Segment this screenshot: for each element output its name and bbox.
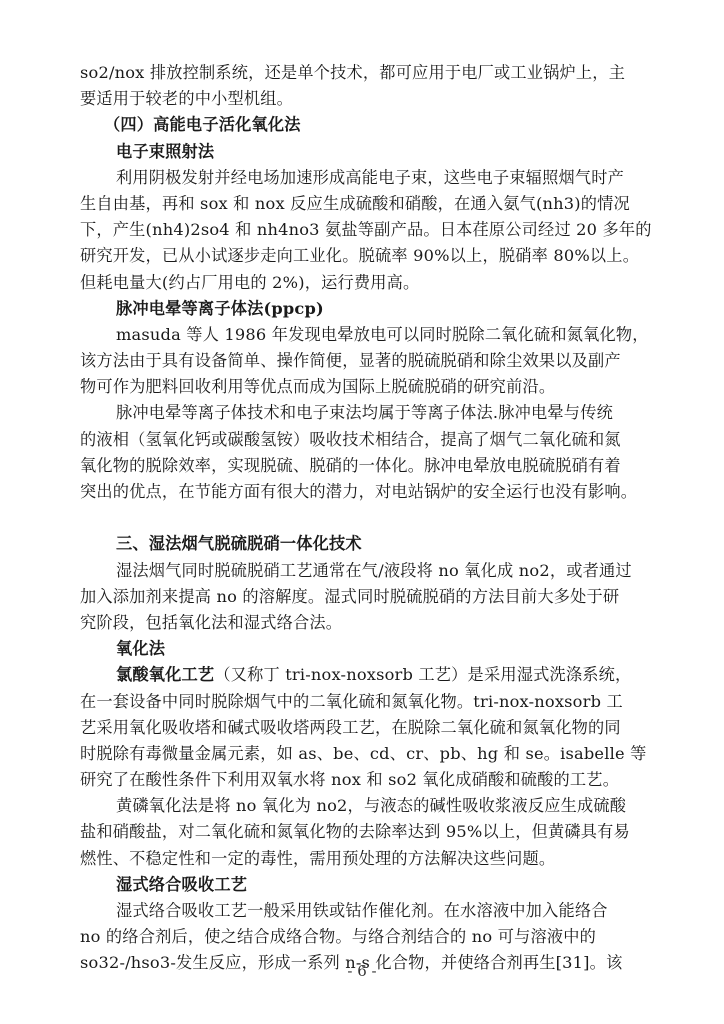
- paragraph-line: 研究了在酸性条件下利用双氧水将 nox 和 so2 氧化成硝酸和硫酸的工艺。: [80, 767, 680, 793]
- paragraph-line: no 的络合剂后，使之结合成络合物。与络合剂结合的 no 可与溶液中的: [80, 924, 680, 950]
- paragraph-line: 在一套设备中同时脱除烟气中的二氧化硫和氮氧化物。tri-nox-noxsorb …: [80, 689, 680, 715]
- paragraph-line: 研究开发，已从小试逐步走向工业化。脱硫率 90%以上，脱硝率 80%以上。: [80, 243, 680, 269]
- paragraph-line: 湿式络合吸收工艺一般采用铁或钴作催化剂。在水溶液中加入能络合: [80, 898, 680, 924]
- paragraph-line: 该方法由于具有设备简单、操作简便，显著的脱硫脱硝和除尘效果以及副产: [80, 348, 680, 374]
- paragraph-line: 黄磷氧化法是将 no 氧化为 no2，与液态的碱性吸收浆液反应生成硫酸: [80, 793, 680, 819]
- paragraph-line: so2/nox 排放控制系统，还是单个技术，都可应用于电厂或工业锅炉上，主: [80, 60, 680, 86]
- paragraph-line: 利用阴极发射并经电场加速形成高能电子束，这些电子束辐照烟气时产: [80, 165, 680, 191]
- paragraph-line: 时脱除有毒微量金属元素，如 as、be、cd、cr、pb、hg 和 se。isa…: [80, 741, 680, 767]
- page-number: - 6 -: [0, 962, 724, 980]
- paragraph-line: 生自由基，再和 sox 和 nox 反应生成硫酸和硝酸，在通入氨气(nh3)的情…: [80, 191, 680, 217]
- paragraph-line: 湿法烟气同时脱硫脱硝工艺通常在气/液段将 no 氧化成 no2，或者通过: [80, 558, 680, 584]
- paragraph-line: 究阶段，包括氧化法和湿式络合法。: [80, 610, 680, 636]
- paragraph-line: 脉冲电晕等离子体技术和电子束法均属于等离子体法.脉冲电晕与传统: [80, 400, 680, 426]
- paragraph-line: masuda 等人 1986 年发现电晕放电可以同时脱除二氧化硫和氮氧化物，: [80, 322, 680, 348]
- paragraph-line: 盐和硝酸盐，对二氧化硫和氮氧化物的去除率达到 95%以上，但黄磷具有易: [80, 819, 680, 845]
- subsection-heading: 氧化法: [80, 636, 680, 662]
- section-heading: （四）高能电子活化氧化法: [80, 112, 680, 138]
- subsection-heading: 脉冲电晕等离子体法(ppcp): [80, 296, 680, 322]
- paragraph-line: 燃性、不稳定性和一定的毒性，需用预处理的方法解决这些问题。: [80, 846, 680, 872]
- subsection-heading: 湿式络合吸收工艺: [80, 872, 680, 898]
- paragraph-line: 的液相（氢氧化钙或碳酸氢铵）吸收技术相结合，提高了烟气二氧化硫和氮: [80, 427, 680, 453]
- document-page: so2/nox 排放控制系统，还是单个技术，都可应用于电厂或工业锅炉上，主 要适…: [80, 60, 680, 977]
- blank-line: [80, 505, 680, 531]
- bold-term: 氯酸氧化工艺: [116, 665, 214, 684]
- paragraph-text: （又称丁 tri-nox-noxsorb 工艺）是采用湿式洗涤系统，: [214, 665, 631, 684]
- paragraph-line: 要适用于较老的中小型机组。: [80, 86, 680, 112]
- section-heading: 三、湿法烟气脱硫脱硝一体化技术: [80, 531, 680, 557]
- paragraph-line: 下，产生(nh4)2so4 和 nh4no3 氨盐等副产品。日本荏原公司经过 2…: [80, 217, 680, 243]
- paragraph-line: 氯酸氧化工艺（又称丁 tri-nox-noxsorb 工艺）是采用湿式洗涤系统，: [80, 662, 680, 688]
- paragraph-line: 突出的优点，在节能方面有很大的潜力，对电站锅炉的安全运行也没有影响。: [80, 479, 680, 505]
- paragraph-line: 氧化物的脱除效率，实现脱硫、脱硝的一体化。脉冲电晕放电脱硫脱硝有着: [80, 453, 680, 479]
- subsection-heading: 电子束照射法: [80, 139, 680, 165]
- paragraph-line: 加入添加剂来提高 no 的溶解度。湿式同时脱硫脱硝的方法目前大多处于研: [80, 584, 680, 610]
- paragraph-line: 物可作为肥料回收利用等优点而成为国际上脱硫脱硝的研究前沿。: [80, 374, 680, 400]
- paragraph-line: 但耗电量大(约占厂用电的 2%)，运行费用高。: [80, 270, 680, 296]
- paragraph-line: 艺采用氧化吸收塔和碱式吸收塔两段工艺，在脱除二氧化硫和氮氧化物的同: [80, 715, 680, 741]
